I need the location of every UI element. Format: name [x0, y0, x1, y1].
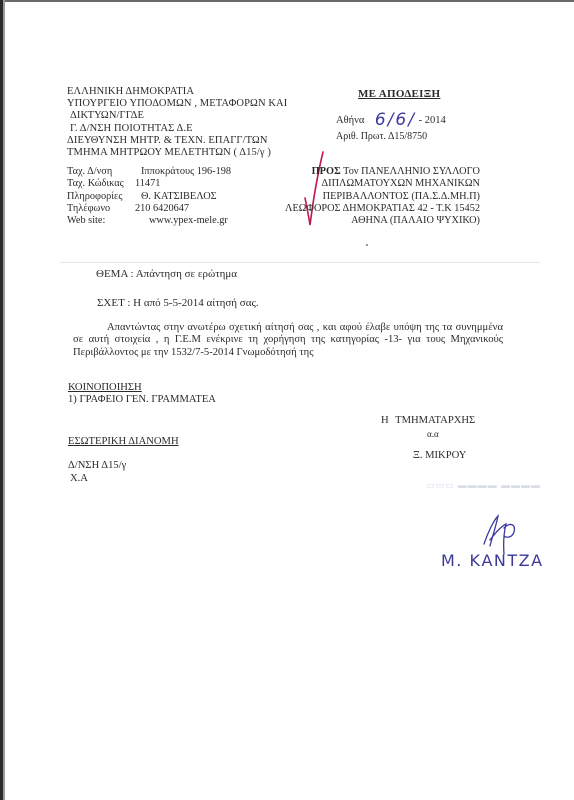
scan-artifact-line [60, 262, 540, 263]
delivery-method-label: ΜΕ ΑΠΟΔΕΙΞΗ [358, 88, 440, 100]
contact-value: Θ. ΚΑΤΣΙΒΕΛΟΣ [135, 191, 217, 203]
recipient-block: ΠΡΟΣ Τον ΠΑΝΕΛΛΗΝΙΟ ΣΥΛΛΟΓΟ ΔΙΠΛΩΜΑΤΟΥΧΩ… [285, 166, 480, 227]
signer-name: Ξ. ΜΙΚΡΟΥ [413, 450, 466, 461]
recipient-line: ΠΕΡΙΒΑΛΛΟΝΤΟΣ (ΠΑ.Σ.Δ.ΜΗ.Π) [285, 191, 480, 203]
recipient-line: ΠΡΟΣ Τον ΠΑΝΕΛΛΗΝΙΟ ΣΥΛΛΟΓΟ [285, 166, 480, 178]
header-line: ΕΛΛΗΝΙΚΗ ΔΗΜΟΚΡΑΤΙΑ [67, 86, 287, 98]
contact-row: Ταχ. Δ/νσηΙπποκράτους 196-198 [67, 166, 231, 178]
contact-value: Ιπποκράτους 196-198 [135, 166, 231, 178]
protocol-number: Αριθ. Πρωτ. Δ15/8750 [336, 131, 427, 142]
scan-speck [366, 244, 368, 246]
header-line: ΤΜΗΜΑ ΜΗΤΡΩΟΥ ΜΕΛΕΤΗΤΩΝ ( Δ15/γ ) [67, 147, 287, 159]
contact-key: Ταχ. Δ/νση [67, 166, 135, 178]
subject-line: ΘΕΜΑ : Απάντηση σε ερώτημα [96, 268, 237, 280]
issuer-header: ΕΛΛΗΝΙΚΗ ΔΗΜΟΚΡΑΤΙΑ ΥΠΟΥΡΓΕΙΟ ΥΠΟΔΟΜΩΝ ,… [67, 86, 287, 159]
contact-row: Τηλέφωνο210 6420647 [67, 203, 231, 215]
cc-item: 1) ΓΡΑΦΕΙΟ ΓΕΝ. ΓΡΑΜΜΑΤΕΑ [68, 394, 216, 405]
body-paragraph: Απαντώντας στην ανωτέρω σχετική αίτησή σ… [73, 322, 503, 359]
contact-value: 11471 [135, 178, 160, 190]
header-line: ΔΙΕΥΘΥΝΣΗ ΜΗΤΡ. & ΤΕΧΝ. ΕΠΑΓΓ/ΤΩΝ [67, 135, 287, 147]
recipient-line: ΔΙΠΛΩΜΑΤΟΥΧΩΝ ΜΗΧΑΝΙΚΩΝ [285, 178, 480, 190]
scan-edge-left-shadow [3, 0, 5, 800]
internal-distribution-item: Χ.Α [70, 473, 88, 484]
document-date: Αθήνα 6/6/ - 2014 [336, 108, 446, 128]
handwritten-date: 6/6/ [375, 110, 416, 130]
reference-line: ΣΧΕΤ : Η από 5-5-2014 αίτησή σας. [97, 297, 259, 309]
contact-block: Ταχ. Δ/νσηΙπποκράτους 196-198 Ταχ. Κώδικ… [67, 166, 231, 227]
internal-distribution-title: ΕΣΩΤΕΡΙΚΗ ΔΙΑΝΟΜΗ [68, 436, 179, 447]
contact-key: Πληροφορίες [67, 191, 135, 203]
recipient-line: ΛΕΩΦΟΡΟΣ ΔΗΜΟΚΡΑΤΙΑΣ 42 - Τ.Κ 15452 [285, 203, 480, 215]
internal-distribution-item: Δ/ΝΣΗ Δ15/γ [68, 460, 126, 471]
handwritten-signature-name: Μ. ΚΑΝΤΖΑ [441, 551, 544, 570]
faded-stamp: ▭▭▭ ▬▬▬▬ ▬▬▬▬ [426, 480, 541, 491]
contact-key: Τηλέφωνο [67, 203, 135, 215]
header-line: ΥΠΟΥΡΓΕΙΟ ΥΠΟΔΟΜΩΝ , ΜΕΤΑΦΟΡΩΝ ΚΑΙ [67, 98, 287, 110]
contact-value: 210 6420647 [135, 203, 189, 215]
cc-title: ΚΟΙΝΟΠΟΙΗΣΗ [68, 382, 142, 393]
date-city: Αθήνα [336, 115, 364, 126]
header-line: Γ. Δ/ΝΣΗ ΠΟΙΟΤΗΤΑΣ Δ.Ε [67, 123, 287, 135]
contact-row: ΠληροφορίεςΘ. ΚΑΤΣΙΒΕΛΟΣ [67, 191, 231, 203]
scan-edge-top [0, 0, 574, 2]
contact-row: Web site:www.ypex-mele.gr [67, 215, 231, 227]
contact-row: Ταχ. Κώδικας11471 [67, 178, 231, 190]
signer-on-behalf: α.α [427, 429, 439, 439]
date-year: - 2014 [419, 115, 446, 126]
recipient-label: ΠΡΟΣ [312, 166, 341, 177]
header-line: ΔΙΚΤΥΩΝ/ΓΓΔΕ [67, 110, 287, 122]
body-text: Απαντώντας στην ανωτέρω σχετική αίτησή σ… [73, 322, 503, 359]
contact-key: Ταχ. Κώδικας [67, 178, 135, 190]
recipient-line: ΑΘΗΝΑ (ΠΑΛΑΙΟ ΨΥΧΙΚΟ) [285, 215, 480, 227]
signer-role: Η ΤΜΗΜΑΤΑΡΧΗΣ [381, 415, 475, 426]
contact-key: Web site: [67, 215, 135, 227]
contact-value: www.ypex-mele.gr [135, 215, 228, 227]
